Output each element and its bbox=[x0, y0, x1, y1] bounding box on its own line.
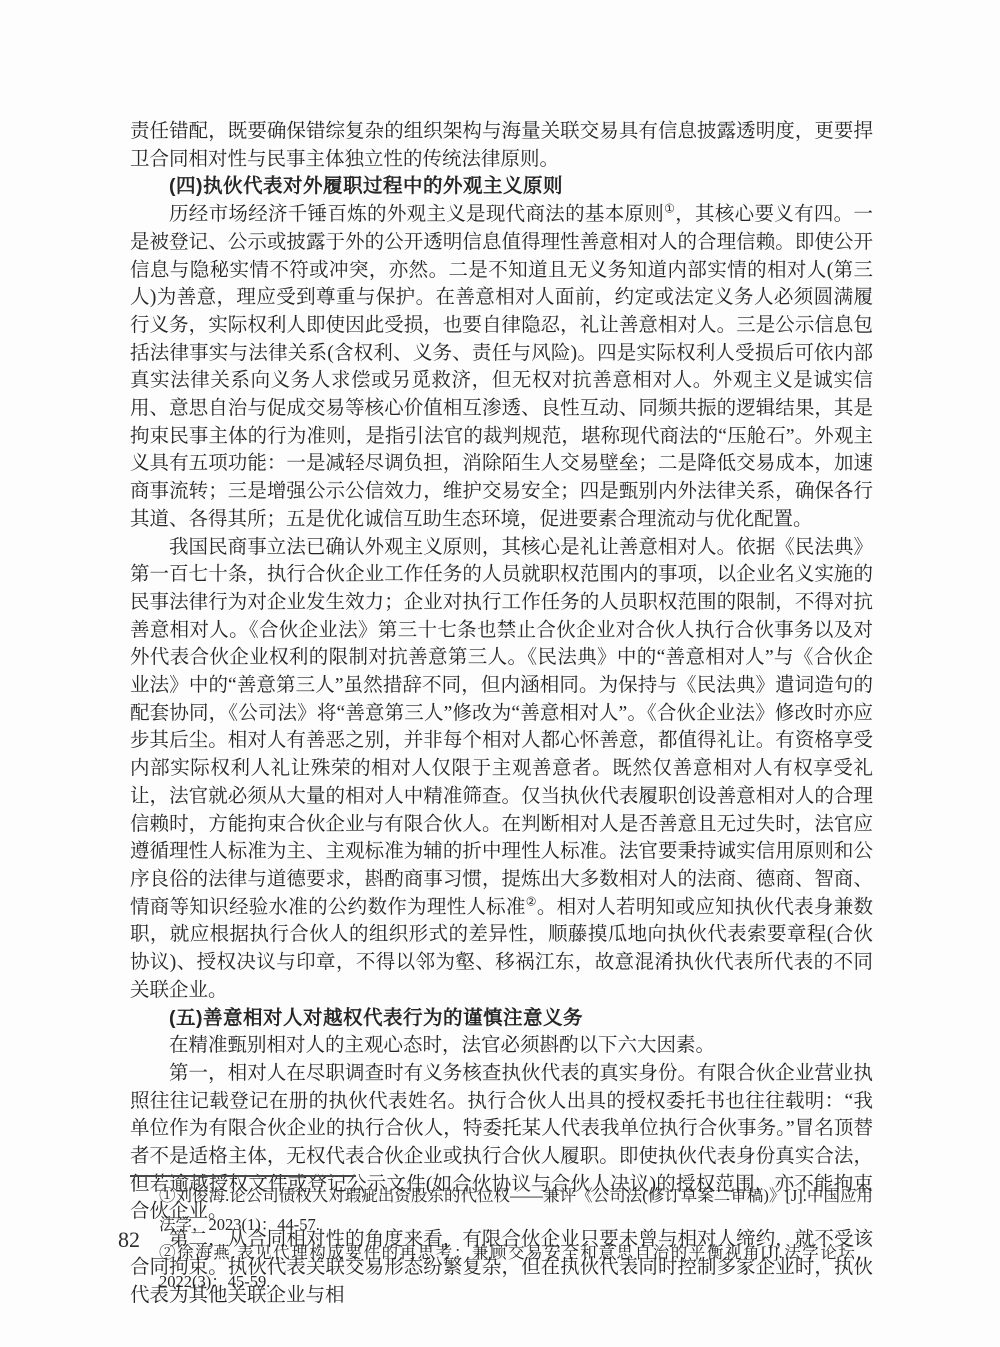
section4-paragraph-2: 我国民商事立法已确认外观主义原则，其核心是礼让善意相对人。依据《民法典》第一百七… bbox=[130, 534, 873, 1005]
section4-paragraph-1: 历经市场经济千锤百炼的外观主义是现代商法的基本原则①，其核心要义有四。一是被登记… bbox=[130, 201, 873, 533]
section-heading-5: (五)善意相对人对越权代表行为的谨慎注意义务 bbox=[130, 1005, 873, 1033]
document-page: 责任错配，既要确保错综复杂的组织架构与海量关联交易具有信息披露透明度，更要捍卫合… bbox=[0, 0, 1000, 1347]
main-text-block: 责任错配，既要确保错综复杂的组织架构与海量关联交易具有信息披露透明度，更要捍卫合… bbox=[130, 118, 873, 1309]
page-number: 82 bbox=[118, 1226, 140, 1254]
footnote-divider bbox=[130, 1175, 356, 1177]
section-heading-4: (四)执伙代表对外履职过程中的外观主义原则 bbox=[130, 173, 873, 201]
footnote-2: ②徐海燕.表见代理构成要件的再思考：兼顾交易安全和意思自治的平衡视角[J].法学… bbox=[130, 1239, 873, 1296]
footnotes-block: ①刘俊海.论公司债权人对瑕疵出资股东的代位权——兼评《公司法(修订草案二审稿)》… bbox=[130, 1182, 873, 1296]
footnote-1: ①刘俊海.论公司债权人对瑕疵出资股东的代位权——兼评《公司法(修订草案二审稿)》… bbox=[130, 1182, 873, 1239]
section5-paragraph-1: 在精准甄别相对人的主观心态时，法官必须斟酌以下六大因素。 bbox=[130, 1032, 873, 1060]
paragraph-continuation: 责任错配，既要确保错综复杂的组织架构与海量关联交易具有信息披露透明度，更要捍卫合… bbox=[130, 118, 873, 173]
